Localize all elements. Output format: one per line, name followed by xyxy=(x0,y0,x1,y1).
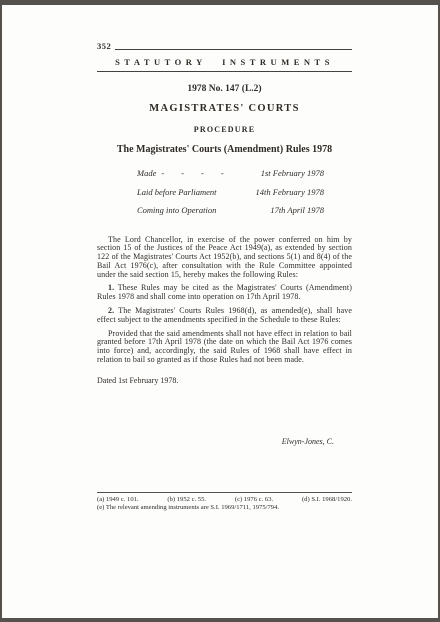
category-heading: PROCEDURE xyxy=(97,125,352,134)
footnotes: (a) 1949 c. 101. (b) 1952 c. 55. (c) 197… xyxy=(97,496,352,512)
header-rule-bottom xyxy=(97,71,352,72)
metadata-value: 1st February 1978 xyxy=(261,168,324,178)
metadata-label: Made xyxy=(137,168,156,178)
text-column: 352 STATUTORY INSTRUMENTS 1978 No. 147 (… xyxy=(97,41,352,512)
rule-1-paragraph: 1. These Rules may be cited as the Magis… xyxy=(97,284,352,302)
proviso-paragraph: Provided that the said amendments shall … xyxy=(97,330,352,365)
footnote-line-1: (a) 1949 c. 101. (b) 1952 c. 55. (c) 197… xyxy=(97,496,352,504)
footnote-a: (a) 1949 c. 101. xyxy=(97,496,139,504)
paragraph-text: These Rules may be cited as the Magistra… xyxy=(97,283,352,301)
metadata-label: Laid before Parliament xyxy=(137,187,216,197)
paragraph-text: The Magistrates' Courts Rules 1968(d), a… xyxy=(97,306,352,324)
page-number: 352 xyxy=(97,41,111,52)
preamble-paragraph: The Lord Chancellor, in exercise of the … xyxy=(97,236,352,280)
metadata-value: 17th April 1978 xyxy=(270,205,324,215)
header-rule-top xyxy=(115,49,352,50)
footnote-c: (c) 1976 c. 63. xyxy=(235,496,273,504)
rule-2-paragraph: 2. The Magistrates' Courts Rules 1968(d)… xyxy=(97,307,352,325)
footnote-d: (d) S.I. 1968/1920. xyxy=(302,496,352,504)
metadata-row-made: Made - - - - 1st February 1978 xyxy=(137,168,324,187)
dated-line: Dated 1st February 1978. xyxy=(97,376,352,385)
footnote-b: (b) 1952 c. 55. xyxy=(167,496,206,504)
page-header: 352 xyxy=(97,41,352,52)
scanned-document-page: 352 STATUTORY INSTRUMENTS 1978 No. 147 (… xyxy=(0,0,440,622)
metadata-row-laid: Laid before Parliament 14th February 197… xyxy=(137,187,324,206)
si-number: 1978 No. 147 (L.2) xyxy=(97,84,352,94)
metadata-block: Made - - - - 1st February 1978 Laid befo… xyxy=(137,168,324,224)
series-title: STATUTORY INSTRUMENTS xyxy=(97,57,352,67)
paragraph-text: The Lord Chancellor, in exercise of the … xyxy=(97,235,352,279)
paragraph-text: Provided that the said amendments shall … xyxy=(97,329,352,364)
document-title: The Magistrates' Courts (Amendment) Rule… xyxy=(97,144,352,155)
metadata-label: Coming into Operation xyxy=(137,205,216,215)
paragraph-number: 1. xyxy=(108,283,114,292)
subject-heading: MAGISTRATES' COURTS xyxy=(97,103,352,114)
metadata-value: 14th February 1978 xyxy=(256,187,324,197)
paragraph-number: 2. xyxy=(108,306,114,315)
footnote-rule xyxy=(97,492,352,493)
metadata-row-operation: Coming into Operation 17th April 1978 xyxy=(137,205,324,224)
footnote-line-2: (e) The relevant amending instruments ar… xyxy=(97,504,352,512)
body-text: The Lord Chancellor, in exercise of the … xyxy=(97,236,352,365)
metadata-leader: - - - - xyxy=(161,168,260,178)
signature: Elwyn-Jones, C. xyxy=(97,437,334,446)
